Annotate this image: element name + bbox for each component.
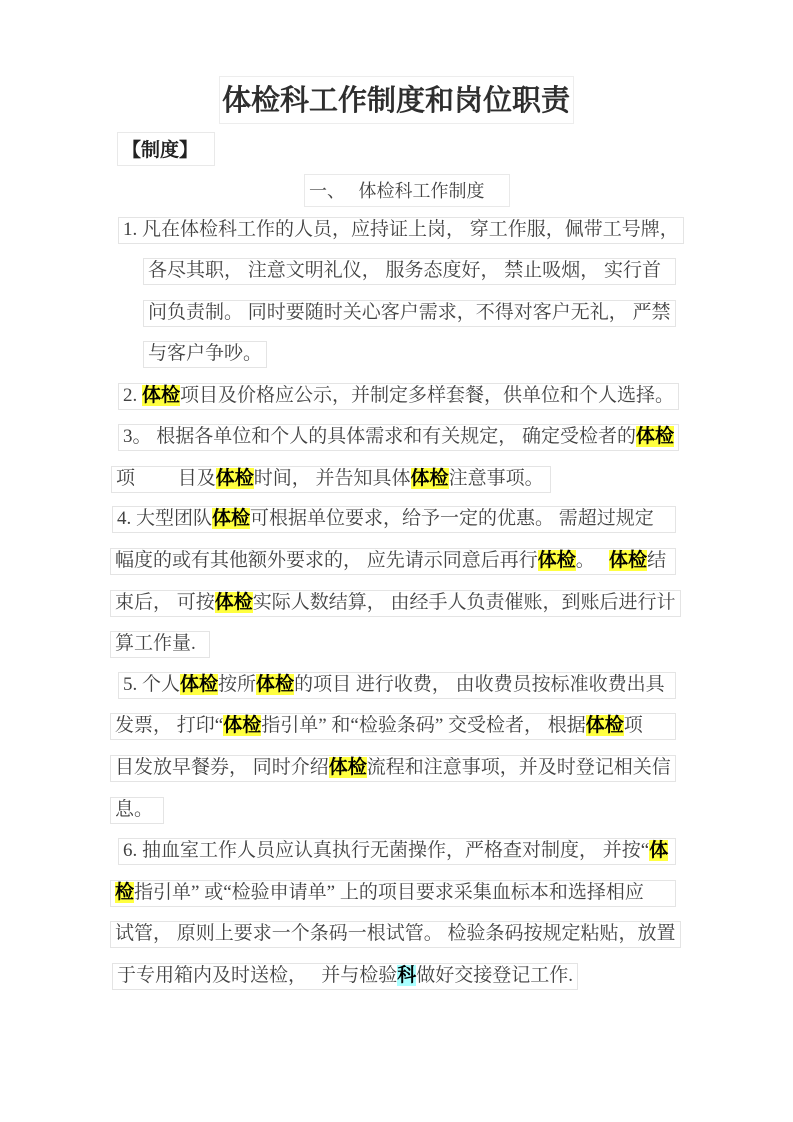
- text-line: 各尽其职， 注意文明礼仪， 服务态度好， 禁止吸烟， 实行首: [143, 258, 676, 285]
- text-run: 项目及价格应公示，并制定多样套餐，供单位和个人选择。: [180, 385, 674, 406]
- text-run: 做好交接登记工作.: [416, 965, 573, 986]
- text-run: 4. 大型团队: [117, 508, 212, 529]
- text-line: 息。: [110, 797, 164, 824]
- text-run: 按所: [218, 674, 256, 695]
- text-line: 试管， 原则上要求一个条码一根试管。 检验条码按规定粘贴，放置: [110, 921, 681, 948]
- section-label: 【制度】: [117, 132, 215, 166]
- text-run: 息。: [115, 799, 153, 820]
- text-run: 流程和注意事项，并及时登记相关信: [367, 757, 671, 778]
- text-line: 问负责制。 同时要随时关心客户需求，不得对客户无礼， 严禁: [143, 300, 676, 327]
- text-run: 与客户争吵。: [148, 343, 262, 364]
- text-run: 发票， 打印“: [115, 715, 223, 736]
- text-line: 3。 根据各单位和个人的具体需求和有关规定， 确定受检者的体检: [118, 424, 679, 451]
- text-run: 的项目 进行收费， 由收费员按标准收费出具: [294, 674, 665, 695]
- highlighted-term: 体检: [212, 508, 250, 529]
- text-run: 6. 抽血室工作人员应认真执行无菌操作，严格查对制度， 并按“: [123, 840, 649, 861]
- text-run: 2.: [123, 385, 142, 406]
- highlighted-term: 体检: [636, 426, 674, 447]
- highlighted-term: 检: [115, 882, 134, 903]
- text-run: 结: [647, 550, 666, 571]
- text-line: 幅度的或有其他额外要求的， 应先请示同意后再行体检。 体检结: [110, 548, 676, 575]
- text-run: 束后， 可按: [115, 592, 215, 613]
- text-run: 问负责制。 同时要随时关心客户需求，不得对客户无礼， 严禁: [148, 302, 671, 323]
- highlighted-term: 体检: [609, 550, 647, 571]
- text-line: 2. 体检项目及价格应公示，并制定多样套餐，供单位和个人选择。: [118, 383, 679, 410]
- text-line: 6. 抽血室工作人员应认真执行无菌操作，严格查对制度， 并按“体: [118, 838, 676, 865]
- text-run: 于专用箱内及时送检， 并与检验: [117, 965, 397, 986]
- text-line: 束后， 可按体检实际人数结算， 由经手人负责催账，到账后进行计: [110, 590, 681, 617]
- text-run: 试管， 原则上要求一个条码一根试管。 检验条码按规定粘贴，放置: [115, 923, 676, 944]
- text-line: 5. 个人体检按所体检的项目 进行收费， 由收费员按标准收费出具: [118, 672, 676, 699]
- page-title: 体检科工作制度和岗位职责: [219, 76, 574, 124]
- text-line: 检指引单” 或“检验申请单” 上的项目要求采集血标本和选择相应: [110, 880, 676, 907]
- text-run: 。: [576, 550, 609, 571]
- highlighted-term: 科: [397, 965, 416, 986]
- highlighted-term: 体检: [223, 715, 261, 736]
- text-run: 算工作量.: [115, 633, 196, 654]
- highlighted-term: 体检: [329, 757, 367, 778]
- section-heading: 一、 体检科工作制度: [304, 174, 510, 207]
- highlighted-term: 体检: [215, 592, 253, 613]
- text-run: 实际人数结算， 由经手人负责催账，到账后进行计: [253, 592, 676, 613]
- highlighted-term: 体检: [180, 674, 218, 695]
- highlighted-term: 体检: [586, 715, 624, 736]
- highlighted-term: 体检: [538, 550, 576, 571]
- text-run: 时间， 并告知具体: [254, 468, 411, 489]
- text-line: 1. 凡在体检科工作的人员，应持证上岗， 穿工作服，佩带工号牌，: [118, 217, 684, 244]
- highlighted-term: 体: [649, 840, 668, 861]
- text-run: 5. 个人: [123, 674, 180, 695]
- text-run: 可根据单位要求，给予一定的优惠。 需超过规定: [250, 508, 654, 529]
- text-run: 项: [624, 715, 643, 736]
- text-line: 发票， 打印“体检指引单” 和“检验条码” 交受检者， 根据体检项: [110, 713, 676, 740]
- text-run: 指引单” 或“检验申请单” 上的项目要求采集血标本和选择相应: [134, 882, 644, 903]
- highlighted-term: 体检: [216, 468, 254, 489]
- text-line: 4. 大型团队体检可根据单位要求，给予一定的优惠。 需超过规定: [112, 506, 676, 533]
- text-run: 3。 根据各单位和个人的具体需求和有关规定， 确定受检者的: [123, 426, 636, 447]
- highlighted-term: 体检: [142, 385, 180, 406]
- text-line: 项 目及体检时间， 并告知具体体检注意事项。: [111, 466, 551, 493]
- text-line: 与客户争吵。: [143, 341, 267, 368]
- text-run: 注意事项。: [449, 468, 544, 489]
- highlighted-term: 体检: [411, 468, 449, 489]
- text-line: 于专用箱内及时送检， 并与检验科做好交接登记工作.: [112, 963, 578, 990]
- text-line: 目发放早餐券， 同时介绍体检流程和注意事项，并及时登记相关信: [110, 755, 676, 782]
- document-page: 体检科工作制度和岗位职责 【制度】 一、 体检科工作制度 1. 凡在体检科工作的…: [0, 0, 793, 1122]
- text-run: 幅度的或有其他额外要求的， 应先请示同意后再行: [115, 550, 538, 571]
- text-run: 指引单” 和“检验条码” 交受检者， 根据: [261, 715, 586, 736]
- text-line: 算工作量.: [110, 631, 210, 658]
- text-run: 项 目及: [116, 468, 216, 489]
- highlighted-term: 体检: [256, 674, 294, 695]
- text-run: 目发放早餐券， 同时介绍: [115, 757, 329, 778]
- text-run: 1. 凡在体检科工作的人员，应持证上岗， 穿工作服，佩带工号牌，: [123, 219, 679, 240]
- text-run: 各尽其职， 注意文明礼仪， 服务态度好， 禁止吸烟， 实行首: [148, 260, 661, 281]
